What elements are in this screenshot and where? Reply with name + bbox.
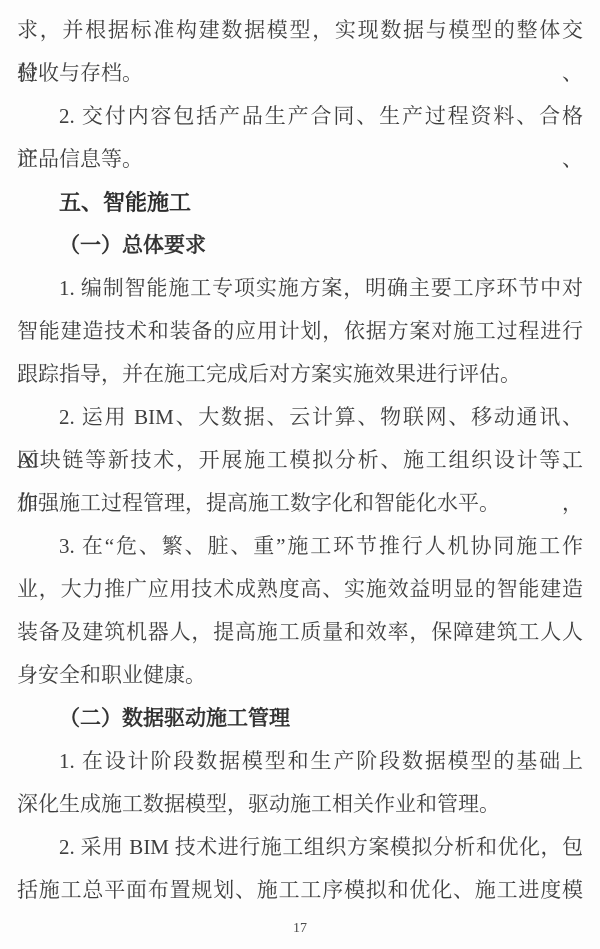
text-line: 区块链等新技术，开展施工模拟分析、施工组织设计等工作，: [17, 439, 583, 482]
text-line: 身安全和职业健康。: [17, 654, 583, 697]
text-line: 1. 编制智能施工专项实施方案，明确主要工序环节中对: [17, 267, 583, 310]
text-line: 业，大力推广应用技术成熟度高、实施效益明显的智能建造: [17, 568, 583, 611]
document-page: 求，并根据标准构建数据模型，实现数据与模型的整体交付、验收与存档。2. 交付内容…: [0, 0, 600, 949]
text-line: 2. 采用 BIM 技术进行施工组织方案模拟分析和优化，包: [17, 826, 583, 869]
page-footer: 17: [0, 921, 600, 937]
text-line: 3. 在“危、繁、脏、重”施工环节推行人机协同施工作: [17, 525, 583, 568]
text-line: 2. 运用 BIM、大数据、云计算、物联网、移动通讯、AI、: [17, 396, 583, 439]
text-line: 2. 交付内容包括产品生产合同、生产过程资料、合格证、: [17, 95, 583, 138]
text-line: 深化生成施工数据模型，驱动施工相关作业和管理。: [17, 783, 583, 826]
text-line: （二）数据驱动施工管理: [17, 697, 583, 740]
text-line: 1. 在设计阶段数据模型和生产阶段数据模型的基础上: [17, 740, 583, 783]
text-line: 跟踪指导，并在施工完成后对方案实施效果进行评估。: [17, 353, 583, 396]
text-line: 括施工总平面布置规划、施工工序模拟和优化、施工进度模: [17, 869, 583, 912]
document-text: 求，并根据标准构建数据模型，实现数据与模型的整体交付、验收与存档。2. 交付内容…: [17, 9, 583, 912]
text-line: （一）总体要求: [17, 224, 583, 267]
text-line: 加强施工过程管理，提高施工数字化和智能化水平。: [17, 482, 583, 525]
text-line: 装备及建筑机器人，提高施工质量和效率，保障建筑工人人: [17, 611, 583, 654]
text-line: 求，并根据标准构建数据模型，实现数据与模型的整体交付、: [17, 9, 583, 52]
page-number: 17: [293, 921, 307, 936]
text-line: 智能建造技术和装备的应用计划，依据方案对施工过程进行: [17, 310, 583, 353]
text-line: 五、智能施工: [17, 181, 583, 224]
